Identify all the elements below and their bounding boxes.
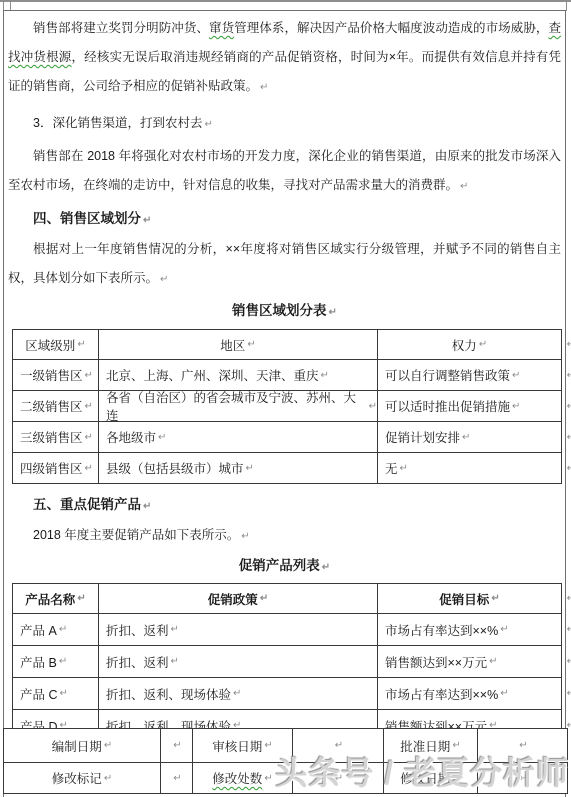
cell-text: 四级销售区 xyxy=(20,459,83,477)
text-segment: 销售部将建立奖罚分明防冲货、 xyxy=(33,21,209,35)
table-cell: 各地级市↵ xyxy=(99,422,378,453)
document-content: 销售部将建立奖罚分明防冲货、窜货管理体系，解决因产品价格大幅度波动造成的市场威胁… xyxy=(4,11,565,742)
watermark-text: 头条号 / 老夏分析师 xyxy=(275,748,569,794)
paragraph-rural-market: 销售部在 2018 年将强化对农村市场的开发力度，深化企业的销售渠道，由原来的批… xyxy=(8,142,561,201)
row-end-mark-icon: ↵ xyxy=(567,624,571,636)
paragraph-mark-icon: ↵ xyxy=(158,432,166,443)
table-cell: 可以适时推出促销措施↵ xyxy=(378,391,562,422)
section4-heading: 四、销售区域划分 xyxy=(8,204,561,235)
cell-text: 各地级市 xyxy=(106,428,156,446)
table-cell: 销售额达到××万元↵ xyxy=(378,646,562,678)
paragraph-promo-products: 2018 年度主要促销产品如下表所示。 xyxy=(8,521,561,551)
paragraph-mark-icon: ↵ xyxy=(85,370,93,381)
paragraph-mark-icon: ↵ xyxy=(512,401,520,412)
region-table: 区域级别↵地区↵权力↵一级销售区↵北京、上海、广州、深圳、天津、重庆↵可以自行调… xyxy=(12,329,562,484)
paragraph-mark-icon: ↵ xyxy=(369,401,377,412)
cell-text: 一级销售区 xyxy=(20,366,83,384)
paragraph-mark-icon: ↵ xyxy=(85,432,93,443)
cell-text: 修改处数 xyxy=(212,769,262,787)
table-cell: ↵ xyxy=(161,763,193,794)
cell-text: 促销政策 xyxy=(208,590,258,608)
table-cell: 北京、上海、广州、深圳、天津、重庆↵ xyxy=(99,360,378,391)
paragraph-mark-icon: ↵ xyxy=(77,593,85,604)
cell-text: 产品 C xyxy=(20,685,58,703)
table-cell: 折扣、返利↵ xyxy=(99,614,378,646)
previous-table-bottom-border xyxy=(0,0,571,2)
paragraph-mark-icon: ↵ xyxy=(264,773,272,784)
header-cell: 产品名称↵ xyxy=(13,584,99,614)
text-segment: 管理体系，解决因产品价格大幅度波动造成的市场威胁， xyxy=(234,21,548,35)
region-table-title: 销售区域划分表 xyxy=(8,296,561,327)
cell-text: 县级（包括县级市）城市 xyxy=(106,459,244,477)
table-cell: 各省（自治区）的省会城市及宁波、苏州、大连↵ xyxy=(99,391,378,422)
table-cell: 二级销售区↵ xyxy=(13,391,99,422)
paragraph-mark-icon: ↵ xyxy=(491,593,499,604)
table-cell: 折扣、返利↵ xyxy=(99,646,378,678)
cell-text: 市场占有率达到××% xyxy=(385,621,498,639)
header-cell: 促销政策↵ xyxy=(99,584,378,614)
paragraph-mark-icon: ↵ xyxy=(462,432,470,443)
table-cell: 修改标记↵ xyxy=(4,763,161,794)
spellcheck-flagged-text: 窜货 xyxy=(209,21,234,35)
section5-heading: 五、重点促销产品 xyxy=(8,490,561,521)
table-cell: 产品 C↵ xyxy=(13,678,99,710)
cell-text: 权力 xyxy=(452,336,477,354)
row-end-mark-icon: ↵ xyxy=(567,656,571,668)
paragraph-mark-icon: ↵ xyxy=(85,463,93,474)
cell-text: 二级销售区 xyxy=(20,397,83,415)
row-end-mark-icon: ↵ xyxy=(567,401,571,413)
cell-text: 促销计划安排 xyxy=(385,428,460,446)
cell-text: 产品名称 xyxy=(25,590,75,608)
paragraph-mark-icon: ↵ xyxy=(489,656,497,667)
table-cell: 一级销售区↵ xyxy=(13,360,99,391)
paragraph-mark-icon: ↵ xyxy=(247,339,255,350)
table-cell: 产品 A↵ xyxy=(13,614,99,646)
paragraph-mark-icon: ↵ xyxy=(104,740,112,751)
cell-text: 折扣、返利 xyxy=(106,621,169,639)
paragraph-mark-icon: ↵ xyxy=(171,624,179,635)
table-cell: 无↵ xyxy=(378,453,562,484)
product-table-wrapper: 产品名称↵促销政策↵促销目标↵产品 A↵折扣、返利↵市场占有率达到××%↵产品 … xyxy=(12,583,563,742)
header-cell: 权力↵ xyxy=(378,330,562,360)
header-cell: 促销目标↵ xyxy=(378,584,562,614)
cell-text: 可以适时推出促销措施 xyxy=(385,397,510,415)
cell-text: 销售额达到××万元 xyxy=(385,653,487,671)
cell-text: 无 xyxy=(385,459,398,477)
cell-text: 可以自行调整销售政策 xyxy=(385,366,510,384)
row-end-mark-icon: ↵ xyxy=(567,370,571,382)
paragraph-mark-icon: ↵ xyxy=(59,656,67,667)
paragraph-mark-icon: ↵ xyxy=(321,370,329,381)
table-cell: 编制日期↵ xyxy=(4,729,161,763)
cell-text: 产品 B xyxy=(20,653,57,671)
cell-text: 产品 A xyxy=(20,621,57,639)
paragraph-mark-icon: ↵ xyxy=(60,688,68,699)
table-cell: ↵ xyxy=(161,729,193,763)
cell-text: 北京、上海、广州、深圳、天津、重庆 xyxy=(106,366,319,384)
cell-text: 审核日期 xyxy=(212,737,262,755)
paragraph-region-grading: 根据对上一年度销售情况的分析，××年度将对销售区域实行分级管理，并赋予不同的销售… xyxy=(8,235,561,294)
paragraph-mark-icon: ↵ xyxy=(85,401,93,412)
border-stub-right xyxy=(566,0,567,11)
paragraph-mark-icon: ↵ xyxy=(400,463,408,474)
paragraph-mark-icon: ↵ xyxy=(500,624,508,635)
row-end-mark-icon: ↵ xyxy=(567,432,571,444)
cell-text: 折扣、返利、现场体验 xyxy=(106,685,231,703)
table-cell: 市场占有率达到××%↵ xyxy=(378,614,562,646)
paragraph-anti-fleeing-goods: 销售部将建立奖罚分明防冲货、窜货管理体系，解决因产品价格大幅度波动造成的市场威胁… xyxy=(8,14,561,102)
page-border-frame: 销售部将建立奖罚分明防冲货、窜货管理体系，解决因产品价格大幅度波动造成的市场威胁… xyxy=(3,10,566,797)
header-cell: 区域级别↵ xyxy=(13,330,99,360)
cell-text: 三级销售区 xyxy=(20,428,83,446)
table-cell: 三级销售区↵ xyxy=(13,422,99,453)
cell-text: 折扣、返利 xyxy=(106,653,169,671)
cell-text: 编制日期 xyxy=(52,737,102,755)
header-cell: 地区↵ xyxy=(99,330,378,360)
cell-text: 区域级别 xyxy=(25,336,75,354)
row-end-mark-icon: ↵ xyxy=(567,463,571,475)
table-cell: 四级销售区↵ xyxy=(13,453,99,484)
paragraph-mark-icon: ↵ xyxy=(500,688,508,699)
paragraph-mark-icon: ↵ xyxy=(59,624,67,635)
paragraph-mark-icon: ↵ xyxy=(173,740,181,751)
paragraph-mark-icon: ↵ xyxy=(77,339,85,350)
paragraph-mark-icon: ↵ xyxy=(264,740,272,751)
cell-text: 市场占有率达到××% xyxy=(385,685,498,703)
region-table-wrapper: 区域级别↵地区↵权力↵一级销售区↵北京、上海、广州、深圳、天津、重庆↵可以自行调… xyxy=(12,329,563,484)
cell-text: 促销目标 xyxy=(439,590,489,608)
table-cell: 促销计划安排↵ xyxy=(378,422,562,453)
paragraph-mark-icon: ↵ xyxy=(233,688,241,699)
paragraph-mark-icon: ↵ xyxy=(246,463,254,474)
row-end-mark-icon: ↵ xyxy=(567,339,571,351)
document-page: 销售部将建立奖罚分明防冲货、窜货管理体系，解决因产品价格大幅度波动造成的市场威胁… xyxy=(0,0,571,797)
cell-text: 修改标记 xyxy=(52,769,102,787)
paragraph-item3-heading: 3．深化销售渠道，打到农村去 xyxy=(8,109,561,139)
text-segment: ，经核实无误后取消违规经销商的产品促销资格，时间为×年。而提供有效信息并持有凭证… xyxy=(8,50,561,93)
paragraph-mark-icon: ↵ xyxy=(479,339,487,350)
row-end-mark-icon: ↵ xyxy=(567,688,571,700)
paragraph-mark-icon: ↵ xyxy=(104,773,112,784)
table-cell: 县级（包括县级市）城市↵ xyxy=(99,453,378,484)
product-table-title: 促销产品列表 xyxy=(8,551,561,582)
table-cell: 可以自行调整销售政策↵ xyxy=(378,360,562,391)
paragraph-mark-icon: ↵ xyxy=(171,656,179,667)
cell-text: 各省（自治区）的省会城市及宁波、苏州、大连 xyxy=(106,391,367,422)
table-cell: 产品 B↵ xyxy=(13,646,99,678)
cell-text: 地区 xyxy=(220,336,245,354)
table-cell: 折扣、返利、现场体验↵ xyxy=(99,678,378,710)
paragraph-mark-icon: ↵ xyxy=(260,593,268,604)
paragraph-mark-icon: ↵ xyxy=(512,370,520,381)
table-cell: 市场占有率达到××%↵ xyxy=(378,678,562,710)
row-end-mark-icon: ↵ xyxy=(567,593,571,605)
product-table: 产品名称↵促销政策↵促销目标↵产品 A↵折扣、返利↵市场占有率达到××%↵产品 … xyxy=(12,583,562,742)
paragraph-mark-icon: ↵ xyxy=(173,773,181,784)
